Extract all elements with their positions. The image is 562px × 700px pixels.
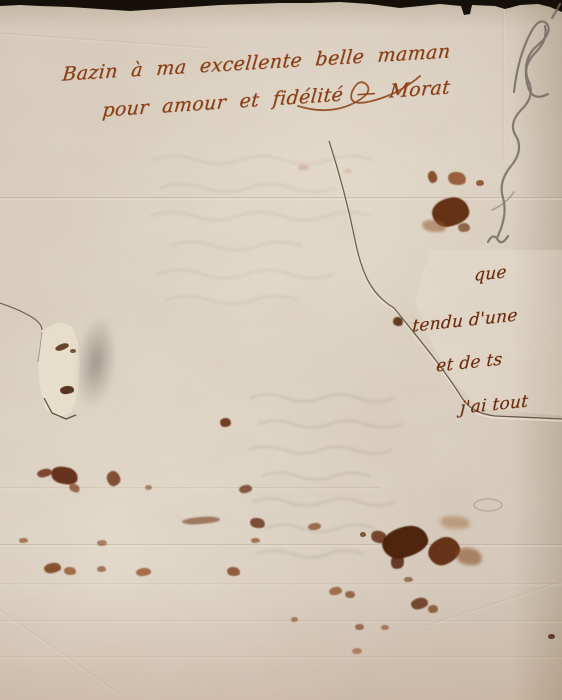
fold-crease xyxy=(0,197,562,200)
ink-stain xyxy=(226,566,240,577)
grey-seal-smudge xyxy=(70,313,121,411)
tear-highlight xyxy=(329,143,562,421)
ink-stain xyxy=(410,596,429,610)
ink-stain xyxy=(424,532,464,569)
ink-stain xyxy=(352,648,362,654)
fragment-line-2: tendu d'une xyxy=(412,305,518,336)
fragment-line-3: et de ts xyxy=(436,349,503,376)
ink-stain xyxy=(64,566,77,575)
ink-stain xyxy=(19,538,28,543)
ink-stain xyxy=(36,468,52,479)
handwritten-line-1: Bazin à ma excellente belle maman xyxy=(61,40,451,85)
ink-stain xyxy=(136,567,152,576)
ink-stain xyxy=(298,165,309,170)
fragment-line-1: que xyxy=(474,262,508,286)
ink-stain xyxy=(345,591,356,599)
ink-stain xyxy=(251,538,260,543)
torn-seal-patch xyxy=(38,322,80,418)
ink-stain xyxy=(43,562,61,574)
pencil-stroke xyxy=(492,192,514,210)
ink-stain xyxy=(428,605,438,613)
ink-stain xyxy=(49,464,79,487)
handwritten-line-2: pour amour et fidélité — Morat xyxy=(101,76,451,121)
fold-crease xyxy=(0,487,380,490)
pencil-stroke xyxy=(488,236,508,242)
ink-stain xyxy=(70,349,76,353)
fold-crease xyxy=(0,620,562,623)
left-tear-crack xyxy=(0,303,42,330)
ink-stain xyxy=(439,515,470,531)
fold-crease xyxy=(0,656,562,659)
torn-top-edge xyxy=(0,0,562,15)
ink-stain xyxy=(249,517,266,530)
fold-crease-vertical xyxy=(502,0,505,158)
ink-stain xyxy=(97,566,106,572)
fold-crease xyxy=(0,583,562,586)
ink-stain xyxy=(220,418,231,427)
bleedthrough-lower xyxy=(248,395,402,558)
ink-stain xyxy=(308,522,322,530)
ink-stain xyxy=(54,342,69,352)
ink-stain xyxy=(355,624,364,630)
ink-stain xyxy=(328,586,342,596)
ink-stain xyxy=(60,385,75,394)
letter-scan: Bazin à ma excellente belle maman pour a… xyxy=(0,0,562,700)
fold-crease xyxy=(0,544,562,547)
tear-crack xyxy=(329,141,562,419)
ink-stain xyxy=(476,180,484,186)
ink-stain xyxy=(105,469,122,488)
torn-patch-edge xyxy=(44,398,76,419)
fold-crease xyxy=(0,33,210,51)
pencil-stroke xyxy=(514,21,549,96)
ink-stain xyxy=(548,634,555,639)
pencil-stroke xyxy=(552,4,560,18)
ink-stain xyxy=(455,545,484,567)
ink-stain xyxy=(369,529,388,546)
pencil-oval-bleedthrough xyxy=(474,499,502,511)
ink-stain xyxy=(379,522,431,563)
ink-stain xyxy=(427,170,439,184)
ink-stain xyxy=(344,169,352,173)
ink-stain xyxy=(390,553,405,570)
ink-stain xyxy=(360,532,366,537)
ink-stain xyxy=(458,223,470,232)
fragment-line-4: j'ai tout xyxy=(460,391,529,418)
ink-stain xyxy=(381,625,389,630)
bleedthrough-upper xyxy=(150,156,372,304)
fold-crease-diagonal xyxy=(0,605,117,693)
ink-stain xyxy=(392,316,404,328)
ink-stain xyxy=(447,171,467,187)
ink-stain xyxy=(182,516,220,526)
ink-stain xyxy=(404,577,413,582)
ink-stain xyxy=(421,218,446,233)
torn-patch-edge xyxy=(38,332,42,362)
